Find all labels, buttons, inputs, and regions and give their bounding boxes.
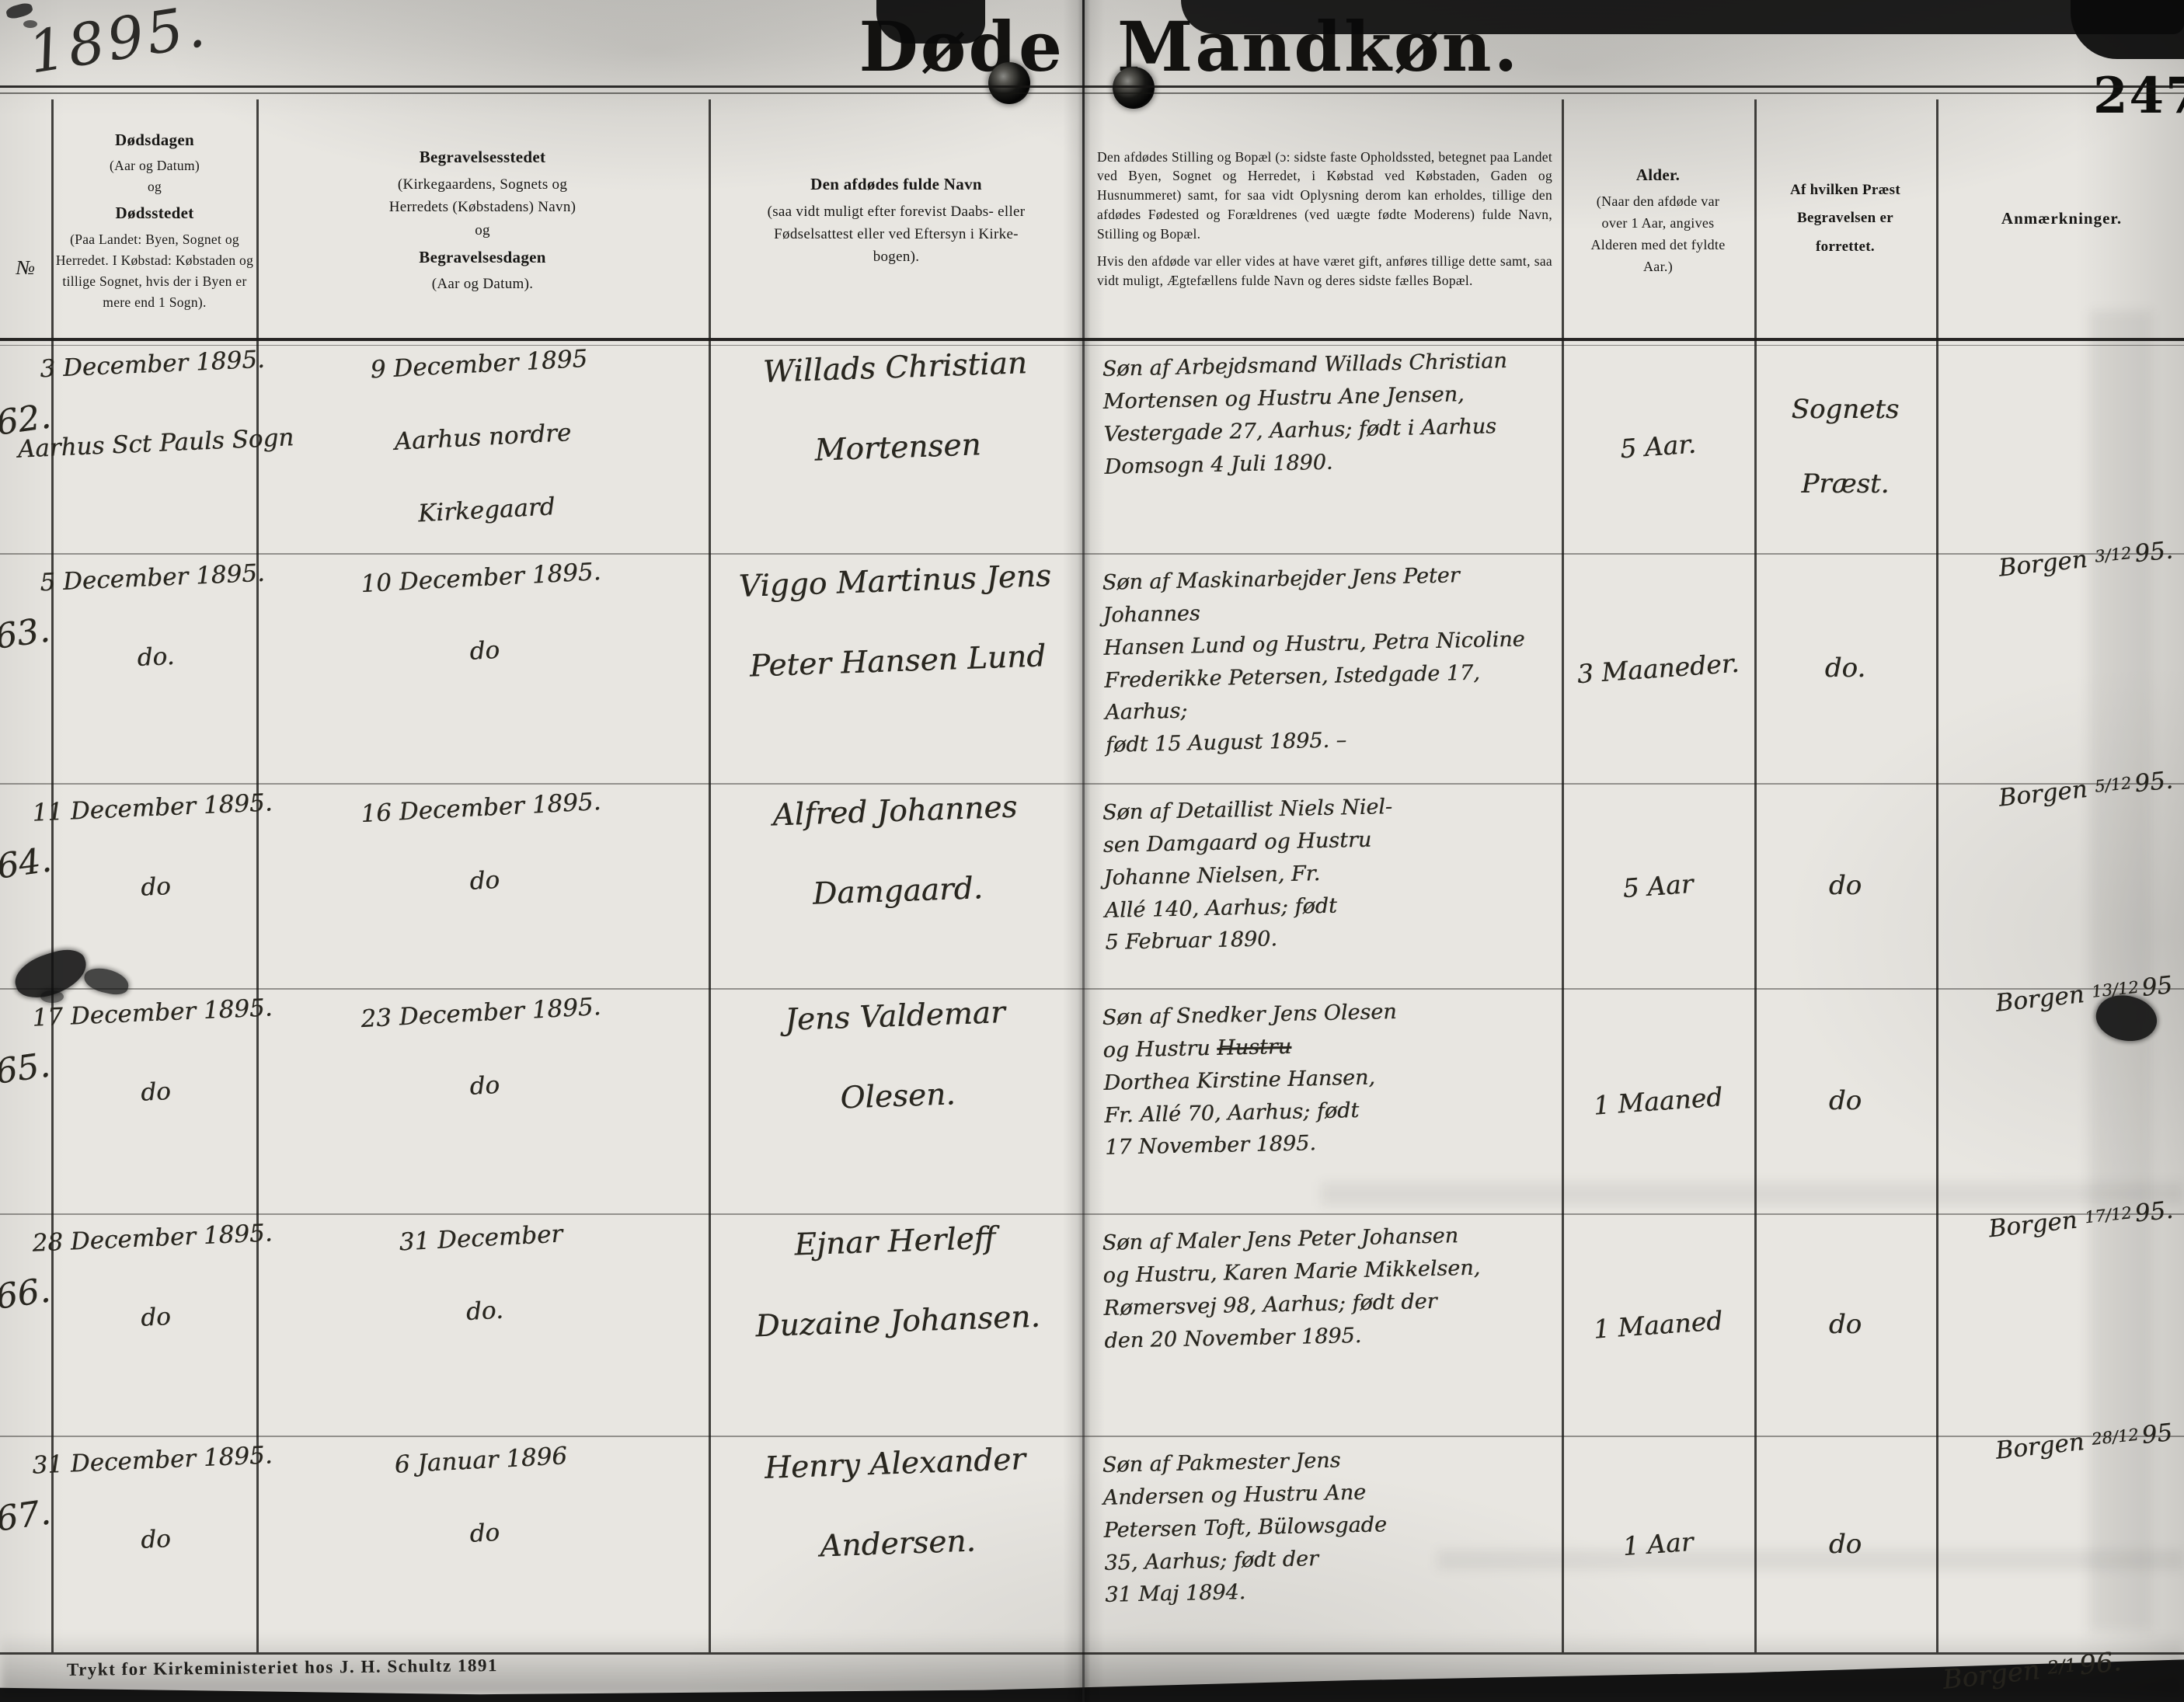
- register-row-63: 63. 5 December 1895.do. 10 December 1895…: [0, 553, 2184, 783]
- cell-details: Søn af Snedker Jens Olesenog Hustru Hust…: [1082, 983, 1564, 1219]
- header-full-name: Den afdødes fulde Navn(saa vidt muligt e…: [712, 99, 1081, 338]
- cell-burial: 31 Decemberdo.: [254, 1202, 712, 1337]
- cell-details: Søn af Maler Jens Peter Johansenog Hustr…: [1082, 1209, 1564, 1441]
- register-row-67: 67. 31 December 1895.do 6 Januar 1896do …: [0, 1436, 2184, 1652]
- register-row-66: 66. 28 December 1895.do 31 Decemberdo. E…: [0, 1213, 2184, 1436]
- note-fraction: 5/12: [2094, 773, 2133, 796]
- cell-death: 31 December 1895.do: [49, 1431, 259, 1558]
- title-rule: [0, 92, 2184, 94]
- page-title-right: Mandkøn.: [1117, 6, 1520, 87]
- header-remarks: Anmærkninger.: [1939, 99, 2184, 338]
- note-fraction: 2/1: [2046, 1655, 2078, 1679]
- cell-priest: SognetsPræst.: [1754, 339, 1936, 553]
- cell-priest: do: [1754, 783, 1936, 988]
- cell-age: 3 Maaneder.: [1554, 547, 1762, 790]
- header-age: Alder.(Naar den afdøde varover 1 Aar, an…: [1565, 99, 1751, 338]
- cell-age: 5 Aar: [1555, 777, 1761, 995]
- header-priest: Af hvilken PræstBegravelsen erforrettet.: [1757, 99, 1933, 338]
- scan-artifact-top-left: [5, 2, 34, 20]
- cell-details: Søn af Arbejdsmand Willads ChristianMort…: [1082, 335, 1564, 559]
- handwritten-year: 1895.: [24, 0, 212, 87]
- note-fraction: 28/12: [2091, 1425, 2140, 1449]
- register-row-62: 62. 3 December 1895.Aarhus Sct Pauls Sog…: [0, 339, 2184, 553]
- title-rule: [0, 85, 2184, 88]
- register-row-65: 65. 17 December 1895.do 23 December 1895…: [0, 988, 2184, 1213]
- cell-name: Alfred JohannesDamgaard.: [706, 777, 1085, 916]
- cell-death: 28 December 1895.do: [49, 1209, 259, 1335]
- cell-details: Søn af Maskinarbejder Jens Peter Johanne…: [1082, 548, 1564, 788]
- binding-grommet-left: [988, 62, 1030, 104]
- cell-name: Viggo Martinus JensPeter Hansen Lund: [706, 547, 1085, 686]
- cell-priest: do: [1754, 1436, 1936, 1652]
- cell-burial: 23 December 1895.do: [254, 976, 712, 1112]
- note-fraction: 17/12: [2083, 1203, 2132, 1227]
- register-row-64: 64. 11 December 1895.do 16 December 1895…: [0, 783, 2184, 988]
- cell-name: Henry AlexanderAndersen.: [706, 1429, 1085, 1568]
- cell-name: Jens ValdemarOlesen.: [706, 982, 1085, 1121]
- cell-death: 17 December 1895.do: [49, 983, 259, 1110]
- cell-name: Willads ChristianMortensen: [706, 333, 1085, 472]
- cell-name: Ejnar HerleffDuzaine Johansen.: [706, 1207, 1085, 1346]
- parish-register-scan: 1895. Døde Mandkøn. 247 № Dødsdagen(Aar …: [0, 0, 2184, 1702]
- header-occupation-residence: Den afdødes Stilling og Bopæl (ɔ: sidste…: [1097, 99, 1552, 338]
- cell-burial: 16 December 1895.do: [254, 771, 712, 907]
- cell-burial: 9 December 1895Aarhus nordreKirkegaard: [252, 328, 713, 536]
- cell-priest: do.: [1754, 553, 1936, 783]
- cell-death: 11 December 1895.do: [49, 778, 259, 905]
- note-fraction: 3/12: [2094, 543, 2133, 566]
- header-number: №: [0, 99, 51, 338]
- note-fraction: 13/12: [2091, 977, 2140, 1001]
- cell-burial: 6 Januar 1896do: [254, 1424, 712, 1559]
- printer-imprint: Trykt for Kirkeministeriet hos J. H. Sch…: [67, 1655, 498, 1680]
- cell-priest: do: [1754, 988, 1936, 1213]
- scan-artifact-top-right-corner: [2071, 0, 2184, 59]
- header-death-day: Dødsdagen(Aar og Datum)ogDødsstedet(Paa …: [54, 99, 255, 338]
- cell-age: 1 Maaned: [1554, 982, 1762, 1220]
- cell-details: Søn af Pakmester JensAndersen og Hustru …: [1082, 1431, 1564, 1658]
- cell-age: 5 Aar.: [1555, 333, 1762, 560]
- cell-burial: 10 December 1895.do: [254, 541, 712, 677]
- cell-details: Søn af Detaillist Niels Niel-sen Damgaar…: [1082, 778, 1563, 994]
- cell-death: 3 December 1895.Aarhus Sct Pauls Sogn: [49, 335, 259, 461]
- cell-death: 5 December 1895.do.: [49, 548, 259, 675]
- cell-age: 1 Aar: [1555, 1429, 1762, 1659]
- cell-age: 1 Maaned: [1554, 1207, 1761, 1443]
- cell-priest: do: [1754, 1213, 1936, 1436]
- header-burial-place: Begravelsesstedet(Kirkegaardens, Sognets…: [260, 99, 705, 338]
